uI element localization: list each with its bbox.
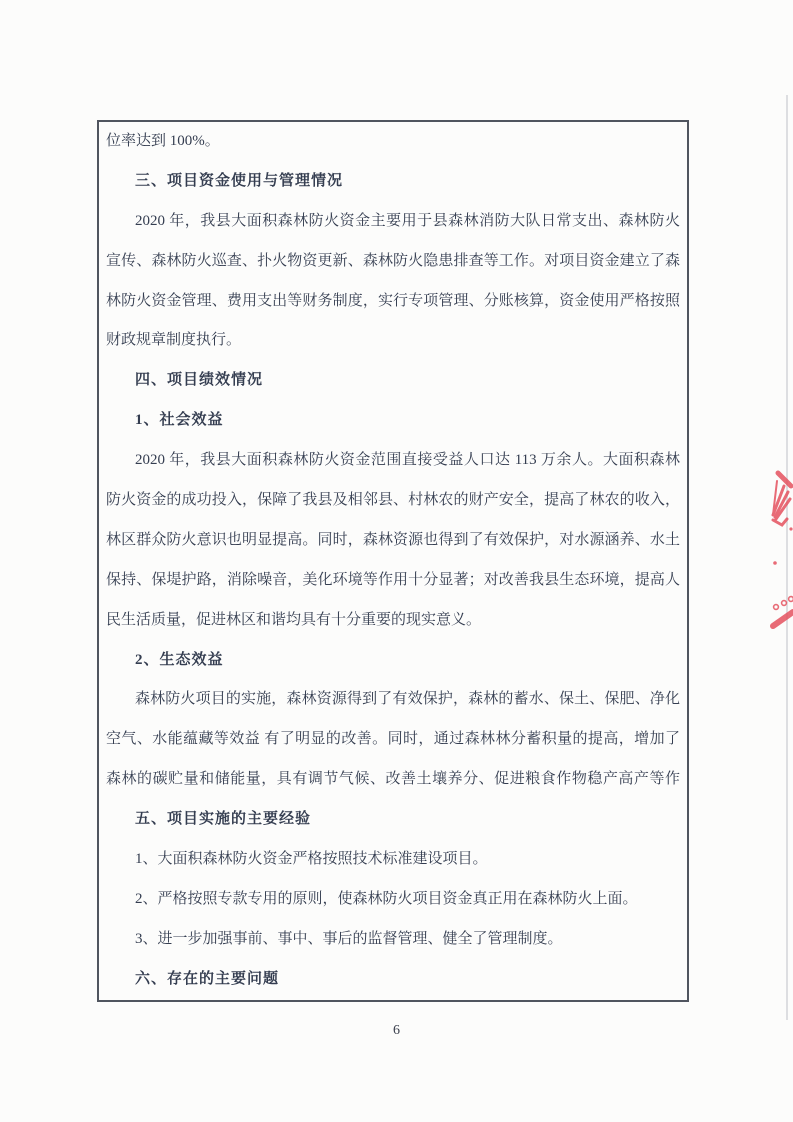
document-border-box: 位率达到 100%。三、项目资金使用与管理情况2020 年，我县大面积森林防火资…	[97, 120, 689, 1002]
document-line: 财政规章制度执行。	[106, 321, 680, 361]
document-line: 森林的碳贮量和储能量，具有调节气候、改善土壤养分、促进粮食作物稳产高产等作用。	[106, 760, 680, 800]
document-line: 2020 年，我县大面积森林防火资金范围直接受益人口达 113 万余人。大面积森…	[106, 441, 680, 481]
document-line: 宣传、森林防火巡查、扑火物资更新、森林防火隐患排查等工作。对项目资金建立了森	[106, 242, 680, 282]
section-heading: 四、项目绩效情况	[106, 361, 680, 401]
document-line: 空气、水能蕴藏等效益 有了明显的改善。同时，通过森林林分蓄积量的提高，增加了	[106, 720, 680, 760]
section-heading: 1、社会效益	[106, 401, 680, 441]
document-line: 森林防火项目的实施，森林资源得到了有效保护，森林的蓄水、保土、保肥、净化	[106, 680, 680, 720]
section-heading: 三、项目资金使用与管理情况	[106, 162, 680, 202]
document-line: 林区群众防火意识也明显提高。同时，森林资源也得到了有效保护，对水源涵养、水土	[106, 521, 680, 561]
document-line: 1、大面积森林防火资金严格按照技术标准建设项目。	[106, 840, 680, 880]
document-line: 3、进一步加强事前、事中、事后的监督管理、健全了管理制度。	[106, 920, 680, 960]
document-line: 防火资金的成功投入，保障了我县及相邻县、村林农的财产安全，提高了林农的收入，	[106, 481, 680, 521]
document-line: 林防火资金管理、费用支出等财务制度，实行专项管理、分账核算，资金使用严格按照	[106, 282, 680, 322]
section-heading: 2、生态效益	[106, 641, 680, 681]
red-seal-fragment-icon	[745, 455, 793, 640]
scanned-document-page: { "page": { "number": "6", "background_c…	[0, 0, 793, 1122]
page-number: 6	[0, 1023, 793, 1039]
document-line: 2020 年，我县大面积森林防火资金主要用于县森林消防大队日常支出、森林防火	[106, 202, 680, 242]
section-heading: 五、项目实施的主要经验	[106, 800, 680, 840]
document-line: 民生活质量，促进林区和谐均具有十分重要的现实意义。	[106, 601, 680, 641]
section-heading: 六、存在的主要问题	[106, 960, 680, 1000]
document-line: 位率达到 100%。	[106, 122, 680, 162]
document-line: 保持、保堤护路，消除噪音，美化环境等作用十分显著；对改善我县生态环境，提高人	[106, 561, 680, 601]
document-line: 2、严格按照专款专用的原则，使森林防火项目资金真正用在森林防火上面。	[106, 880, 680, 920]
